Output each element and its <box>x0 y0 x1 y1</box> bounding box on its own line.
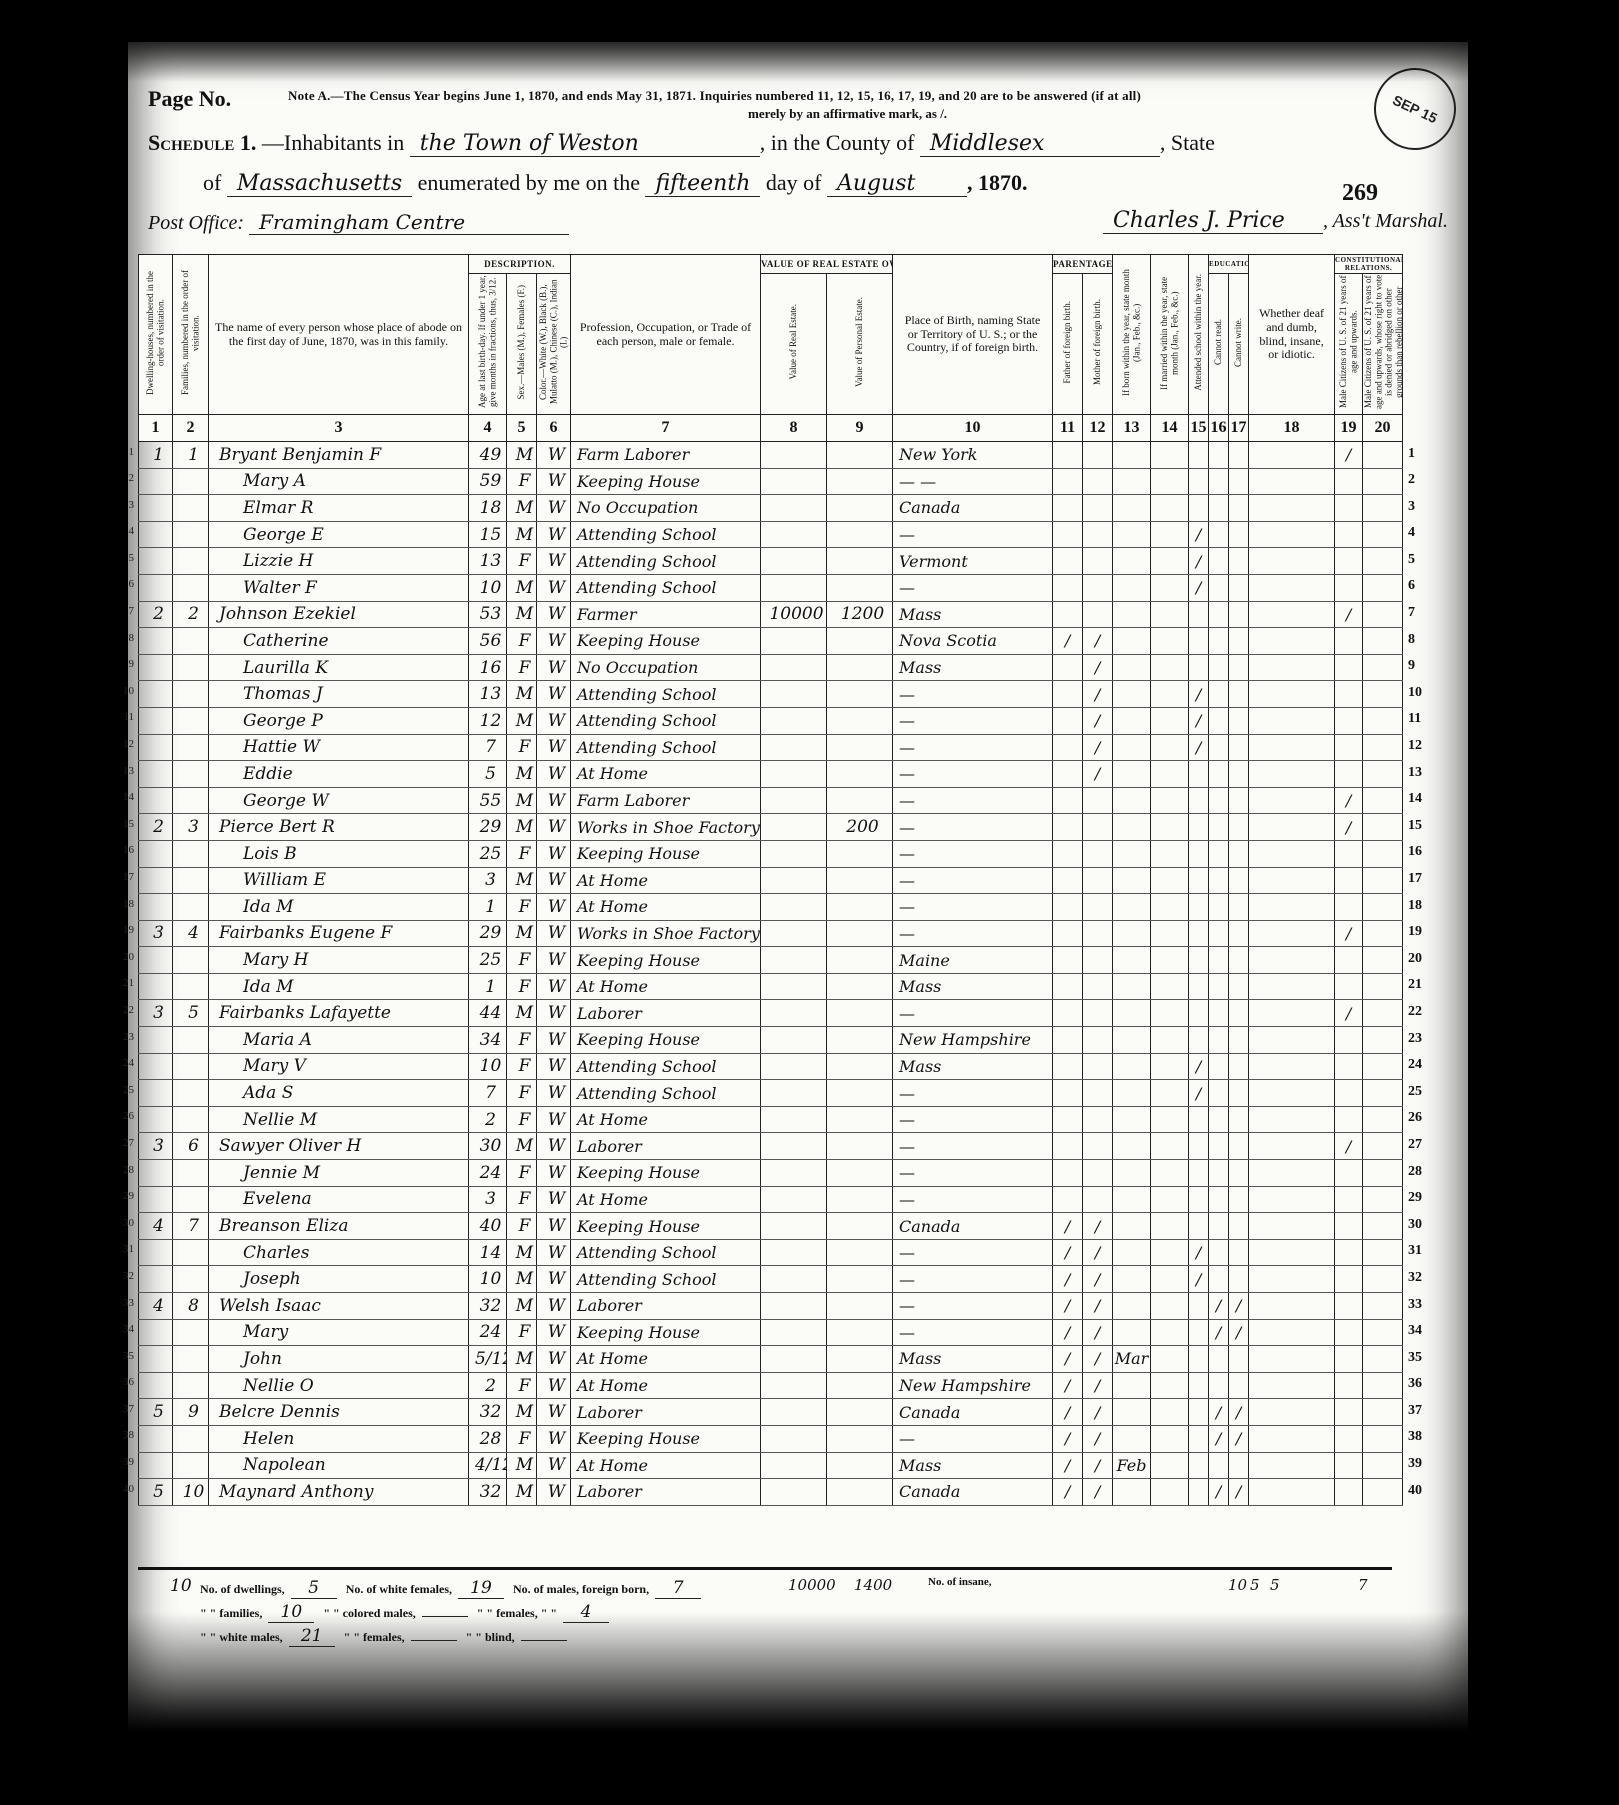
family-number <box>173 1346 209 1373</box>
birthplace: — <box>893 1000 1053 1027</box>
table-row: Thomas J13MWAttending School—// <box>139 681 1403 708</box>
person-name: Mary <box>209 1319 469 1346</box>
families-total: 10 <box>170 1576 192 1596</box>
disability <box>1249 521 1335 548</box>
married-month <box>1151 681 1189 708</box>
real-estate-value <box>761 1479 827 1506</box>
line-number-left: 7 <box>118 605 134 617</box>
real-estate-value <box>761 867 827 894</box>
occupation: Keeping House <box>571 1319 761 1346</box>
married-month <box>1151 1425 1189 1452</box>
family-number: 1 <box>173 442 209 469</box>
sex: F <box>507 548 537 575</box>
born-month <box>1113 1080 1151 1107</box>
enumeration-line: of Massachusetts enumerated by me on the… <box>203 170 1027 197</box>
instructions-2: merely by an affirmative mark, as /. <box>748 106 947 122</box>
line-number: 10 <box>1408 685 1438 701</box>
age: 29 <box>469 814 507 841</box>
personal-estate-value <box>827 1213 893 1240</box>
table-row: George E15MWAttending School—/ <box>139 521 1403 548</box>
age: 2 <box>469 1372 507 1399</box>
line-number-left: 40 <box>118 1483 134 1495</box>
age: 1 <box>469 973 507 1000</box>
age: 7 <box>469 734 507 761</box>
col17-total: 5 <box>1270 1576 1280 1594</box>
line-number: 2 <box>1408 472 1438 488</box>
born-month <box>1113 1106 1151 1133</box>
born-month <box>1113 681 1151 708</box>
family-number: 3 <box>173 814 209 841</box>
color: W <box>537 574 571 601</box>
mother-foreign-mark <box>1083 867 1113 894</box>
color: W <box>537 1479 571 1506</box>
sex: M <box>507 1239 537 1266</box>
vote-denied-mark <box>1363 1160 1403 1187</box>
birthplace: — <box>893 814 1053 841</box>
color: W <box>537 654 571 681</box>
real-estate-value <box>761 761 827 788</box>
father-foreign-mark: / <box>1053 1452 1083 1479</box>
real-estate-value <box>761 1000 827 1027</box>
sex: M <box>507 495 537 522</box>
col-7-header: Profession, Occupation, or Trade of each… <box>571 255 761 415</box>
mother-foreign-mark <box>1083 840 1113 867</box>
line-number-left: 36 <box>118 1376 134 1388</box>
personal-estate-value <box>827 574 893 601</box>
mother-foreign-mark <box>1083 521 1113 548</box>
cannot-write-mark <box>1229 734 1249 761</box>
cannot-write-mark <box>1229 1053 1249 1080</box>
disability <box>1249 787 1335 814</box>
color: W <box>537 1319 571 1346</box>
post-office-field: Framingham Centre <box>249 210 569 235</box>
person-name: Jennie M <box>209 1160 469 1187</box>
line-number: 32 <box>1408 1270 1438 1286</box>
age: 59 <box>469 468 507 495</box>
age: 10 <box>469 1266 507 1293</box>
mother-foreign-mark: / <box>1083 1372 1113 1399</box>
col-11-header: Father of foreign birth. <box>1053 274 1083 415</box>
table-row: Hattie W7FWAttending School—// <box>139 734 1403 761</box>
citizen-mark <box>1335 947 1363 974</box>
color: W <box>537 840 571 867</box>
family-number <box>173 761 209 788</box>
cannot-write-mark: / <box>1229 1425 1249 1452</box>
citizen-mark <box>1335 707 1363 734</box>
personal-estate-value: 200 <box>827 814 893 841</box>
age: 55 <box>469 787 507 814</box>
person-name: Fairbanks Eugene F <box>209 920 469 947</box>
vote-denied-mark <box>1363 1186 1403 1213</box>
citizen-mark <box>1335 1186 1363 1213</box>
column-number: 12 <box>1083 415 1113 442</box>
mother-foreign-mark <box>1083 1106 1113 1133</box>
born-month <box>1113 1133 1151 1160</box>
citizen-mark <box>1335 1239 1363 1266</box>
post-office-label: Post Office: <box>148 212 244 234</box>
occupation: Farm Laborer <box>571 787 761 814</box>
occupation: Works in Shoe Factory <box>571 920 761 947</box>
cannot-read-mark: / <box>1209 1479 1229 1506</box>
school-mark <box>1189 1399 1209 1426</box>
white-males-count: 21 <box>289 1626 335 1647</box>
col-8-header: Value of Real Estate. <box>761 274 827 415</box>
column-number: 20 <box>1363 415 1403 442</box>
real-estate-value <box>761 574 827 601</box>
occupation: Keeping House <box>571 1213 761 1240</box>
personal-estate-value <box>827 1346 893 1373</box>
disability <box>1249 1452 1335 1479</box>
real-estate-value <box>761 787 827 814</box>
dwelling-number <box>139 734 173 761</box>
line-number: 31 <box>1408 1243 1438 1259</box>
cannot-read-mark <box>1209 1452 1229 1479</box>
born-month <box>1113 894 1151 921</box>
real-estate-value <box>761 973 827 1000</box>
town-field: the Town of Weston <box>410 131 760 157</box>
birthplace: — <box>893 681 1053 708</box>
color: W <box>537 894 571 921</box>
married-month <box>1151 1239 1189 1266</box>
person-name: Napolean <box>209 1452 469 1479</box>
cannot-read-mark <box>1209 1160 1229 1187</box>
of-label: of <box>203 170 221 195</box>
table-row: Walter F10MWAttending School—/ <box>139 574 1403 601</box>
cannot-write-mark <box>1229 1106 1249 1133</box>
color: W <box>537 947 571 974</box>
citizen-mark <box>1335 1293 1363 1320</box>
cannot-write-mark <box>1229 1346 1249 1373</box>
real-estate-value <box>761 628 827 655</box>
mother-foreign-mark <box>1083 1053 1113 1080</box>
sex: F <box>507 654 537 681</box>
sex: F <box>507 1186 537 1213</box>
cannot-write-mark <box>1229 840 1249 867</box>
age: 32 <box>469 1399 507 1426</box>
line-number-left: 14 <box>118 791 134 803</box>
line-number: 29 <box>1408 1190 1438 1206</box>
age: 32 <box>469 1479 507 1506</box>
born-month <box>1113 1239 1151 1266</box>
cannot-read-mark <box>1209 442 1229 469</box>
father-foreign-mark <box>1053 920 1083 947</box>
father-foreign-mark <box>1053 681 1083 708</box>
line-number: 8 <box>1408 632 1438 648</box>
column-number: 16 <box>1209 415 1229 442</box>
col-15-header: Attended school within the year. <box>1189 255 1209 415</box>
age: 10 <box>469 1053 507 1080</box>
dwelling-number <box>139 468 173 495</box>
cannot-read-mark: / <box>1209 1293 1229 1320</box>
family-number: 2 <box>173 601 209 628</box>
family-number <box>173 1186 209 1213</box>
disability <box>1249 1186 1335 1213</box>
education-group-header: EDUCATION. <box>1209 255 1249 274</box>
mother-foreign-mark: / <box>1083 1266 1113 1293</box>
dwelling-number: 4 <box>139 1293 173 1320</box>
col-3-header: The name of every person whose place of … <box>209 255 469 415</box>
dwelling-number <box>139 1186 173 1213</box>
born-month <box>1113 1186 1151 1213</box>
occupation: At Home <box>571 1346 761 1373</box>
school-mark <box>1189 787 1209 814</box>
age: 16 <box>469 654 507 681</box>
father-foreign-mark <box>1053 495 1083 522</box>
line-number: 6 <box>1408 578 1438 594</box>
occupation: At Home <box>571 1186 761 1213</box>
married-month <box>1151 442 1189 469</box>
sex: M <box>507 681 537 708</box>
dwelling-number <box>139 1266 173 1293</box>
table-row: 47Breanson Eliza40FWKeeping HouseCanada/… <box>139 1213 1403 1240</box>
born-month: Feb <box>1113 1452 1151 1479</box>
school-mark <box>1189 654 1209 681</box>
birthplace: Mass <box>893 1452 1053 1479</box>
sex: M <box>507 601 537 628</box>
dwelling-number: 2 <box>139 814 173 841</box>
dwelling-number <box>139 894 173 921</box>
family-number <box>173 1027 209 1054</box>
real-estate-value <box>761 468 827 495</box>
mother-foreign-mark <box>1083 468 1113 495</box>
line-number: 28 <box>1408 1164 1438 1180</box>
family-number: 7 <box>173 1213 209 1240</box>
birthplace: Nova Scotia <box>893 628 1053 655</box>
family-number: 10 <box>173 1479 209 1506</box>
color: W <box>537 601 571 628</box>
school-mark: / <box>1189 574 1209 601</box>
citizen-mark <box>1335 1080 1363 1107</box>
col-2-header: Families, numbered in the order of visit… <box>173 255 209 415</box>
line-number-left: 30 <box>118 1217 134 1229</box>
personal-estate-value <box>827 1452 893 1479</box>
citizen-mark <box>1335 574 1363 601</box>
father-foreign-mark <box>1053 1106 1083 1133</box>
cannot-read-mark <box>1209 920 1229 947</box>
line-number-left: 18 <box>118 898 134 910</box>
occupation: No Occupation <box>571 654 761 681</box>
col-17-header: Cannot write. <box>1229 274 1249 415</box>
real-estate-value <box>761 840 827 867</box>
line-number: 15 <box>1408 818 1438 834</box>
dwelling-number <box>139 1239 173 1266</box>
column-number: 8 <box>761 415 827 442</box>
cannot-write-mark <box>1229 681 1249 708</box>
sex: M <box>507 1133 537 1160</box>
personal-estate-value <box>827 548 893 575</box>
mother-foreign-mark: / <box>1083 761 1113 788</box>
father-foreign-mark <box>1053 707 1083 734</box>
father-foreign-mark: / <box>1053 1319 1083 1346</box>
born-month <box>1113 1479 1151 1506</box>
disability <box>1249 495 1335 522</box>
vote-denied-mark <box>1363 707 1403 734</box>
father-foreign-mark: / <box>1053 1479 1083 1506</box>
age: 34 <box>469 1027 507 1054</box>
person-name: Mary H <box>209 947 469 974</box>
vote-denied-mark <box>1363 1399 1403 1426</box>
sex: F <box>507 947 537 974</box>
father-foreign-mark <box>1053 973 1083 1000</box>
foreign-females-count: 4 <box>563 1602 609 1623</box>
born-month <box>1113 1053 1151 1080</box>
vote-denied-mark <box>1363 1372 1403 1399</box>
born-month <box>1113 521 1151 548</box>
cannot-read-mark <box>1209 867 1229 894</box>
sex: M <box>507 1346 537 1373</box>
disability <box>1249 574 1335 601</box>
cannot-read-mark <box>1209 1239 1229 1266</box>
disability <box>1249 734 1335 761</box>
line-number: 18 <box>1408 898 1438 914</box>
disability <box>1249 1319 1335 1346</box>
colored-males-count <box>422 1616 468 1617</box>
school-mark <box>1189 601 1209 628</box>
line-number: 4 <box>1408 525 1438 541</box>
birthplace: — <box>893 521 1053 548</box>
sex: F <box>507 468 537 495</box>
personal-estate-value <box>827 761 893 788</box>
dwelling-number <box>139 1106 173 1133</box>
citizen-mark <box>1335 1106 1363 1133</box>
sex: F <box>507 973 537 1000</box>
insane-label: No. of insane, <box>928 1576 992 1588</box>
father-foreign-mark <box>1053 894 1083 921</box>
school-mark <box>1189 1160 1209 1187</box>
birthplace: — <box>893 894 1053 921</box>
personal-estate-value <box>827 894 893 921</box>
vote-denied-mark <box>1363 1133 1403 1160</box>
col-13-header: If born within the year, state month (Ja… <box>1113 255 1151 415</box>
occupation: Keeping House <box>571 947 761 974</box>
mother-foreign-mark <box>1083 920 1113 947</box>
occupation: Attending School <box>571 1239 761 1266</box>
summary-row-2: " " families,10 " " colored males, " " f… <box>200 1602 615 1623</box>
page-no-label: Page No. <box>148 86 231 112</box>
birthplace: Canada <box>893 1399 1053 1426</box>
occupation: Keeping House <box>571 1425 761 1452</box>
mother-foreign-mark <box>1083 601 1113 628</box>
family-number <box>173 1319 209 1346</box>
personal-estate-value <box>827 1027 893 1054</box>
cannot-read-mark <box>1209 1266 1229 1293</box>
mother-foreign-mark: / <box>1083 1425 1113 1452</box>
real-estate-value <box>761 442 827 469</box>
dwelling-number <box>139 628 173 655</box>
mother-foreign-mark <box>1083 1160 1113 1187</box>
born-month <box>1113 787 1151 814</box>
family-number <box>173 1239 209 1266</box>
occupation: Keeping House <box>571 628 761 655</box>
real-estate-value <box>761 1160 827 1187</box>
real-estate-value <box>761 894 827 921</box>
line-number-left: 26 <box>118 1110 134 1122</box>
color: W <box>537 1106 571 1133</box>
disability <box>1249 867 1335 894</box>
school-mark <box>1189 1346 1209 1373</box>
vote-denied-mark <box>1363 442 1403 469</box>
line-number: 1 <box>1408 446 1438 462</box>
occupation: Attending School <box>571 574 761 601</box>
color: W <box>537 495 571 522</box>
column-number: 10 <box>893 415 1053 442</box>
age: 2 <box>469 1106 507 1133</box>
person-name: Helen <box>209 1425 469 1452</box>
table-row: Mary24FWKeeping House—//// <box>139 1319 1403 1346</box>
line-number-left: 22 <box>118 1004 134 1016</box>
color: W <box>537 1293 571 1320</box>
married-month <box>1151 468 1189 495</box>
birthplace: Canada <box>893 1479 1053 1506</box>
line-number: 20 <box>1408 951 1438 967</box>
family-number: 4 <box>173 920 209 947</box>
color: W <box>537 1346 571 1373</box>
married-month <box>1151 867 1189 894</box>
line-number: 37 <box>1408 1403 1438 1419</box>
vote-denied-mark <box>1363 1479 1403 1506</box>
cannot-write-mark <box>1229 574 1249 601</box>
table-row: Nellie O2FWAt HomeNew Hampshire// <box>139 1372 1403 1399</box>
col-6-header: Color.—White (W.), Black (B.), Mulatto (… <box>537 274 571 415</box>
foreign-males-count: 7 <box>655 1578 701 1599</box>
born-month: Mar <box>1113 1346 1151 1373</box>
col-14-header: If married within the year, state month … <box>1151 255 1189 415</box>
cannot-write-mark <box>1229 1027 1249 1054</box>
line-number-left: 8 <box>118 632 134 644</box>
school-mark: / <box>1189 521 1209 548</box>
page-number: 269 <box>1342 180 1378 207</box>
color: W <box>537 1027 571 1054</box>
person-name: Walter F <box>209 574 469 601</box>
sex: M <box>507 574 537 601</box>
color: W <box>537 1399 571 1426</box>
person-name: Evelena <box>209 1186 469 1213</box>
father-foreign-mark <box>1053 1186 1083 1213</box>
school-mark <box>1189 1372 1209 1399</box>
personal-estate-value <box>827 495 893 522</box>
age: 56 <box>469 628 507 655</box>
col15-total: 10 <box>1228 1576 1247 1594</box>
father-foreign-mark <box>1053 468 1083 495</box>
birthplace: New Hampshire <box>893 1372 1053 1399</box>
school-mark <box>1189 1319 1209 1346</box>
born-month <box>1113 1425 1151 1452</box>
mother-foreign-mark <box>1083 574 1113 601</box>
real-estate-value <box>761 681 827 708</box>
mother-foreign-mark <box>1083 947 1113 974</box>
table-row: Ada S7FWAttending School—/ <box>139 1080 1403 1107</box>
sex: M <box>507 1000 537 1027</box>
line-number-left: 9 <box>118 658 134 670</box>
line-number: 33 <box>1408 1297 1438 1313</box>
cannot-read-mark <box>1209 574 1229 601</box>
mother-foreign-mark <box>1083 1186 1113 1213</box>
birthplace: Mass <box>893 601 1053 628</box>
disability <box>1249 920 1335 947</box>
family-number: 5 <box>173 1000 209 1027</box>
age: 4/12 <box>469 1452 507 1479</box>
dwelling-number <box>139 521 173 548</box>
color: W <box>537 707 571 734</box>
mother-foreign-mark <box>1083 787 1113 814</box>
citizen-mark <box>1335 1027 1363 1054</box>
line-number: 12 <box>1408 738 1438 754</box>
family-number <box>173 1452 209 1479</box>
dwelling-number <box>139 1452 173 1479</box>
line-number: 5 <box>1408 552 1438 568</box>
school-mark <box>1189 1293 1209 1320</box>
born-month <box>1113 1266 1151 1293</box>
